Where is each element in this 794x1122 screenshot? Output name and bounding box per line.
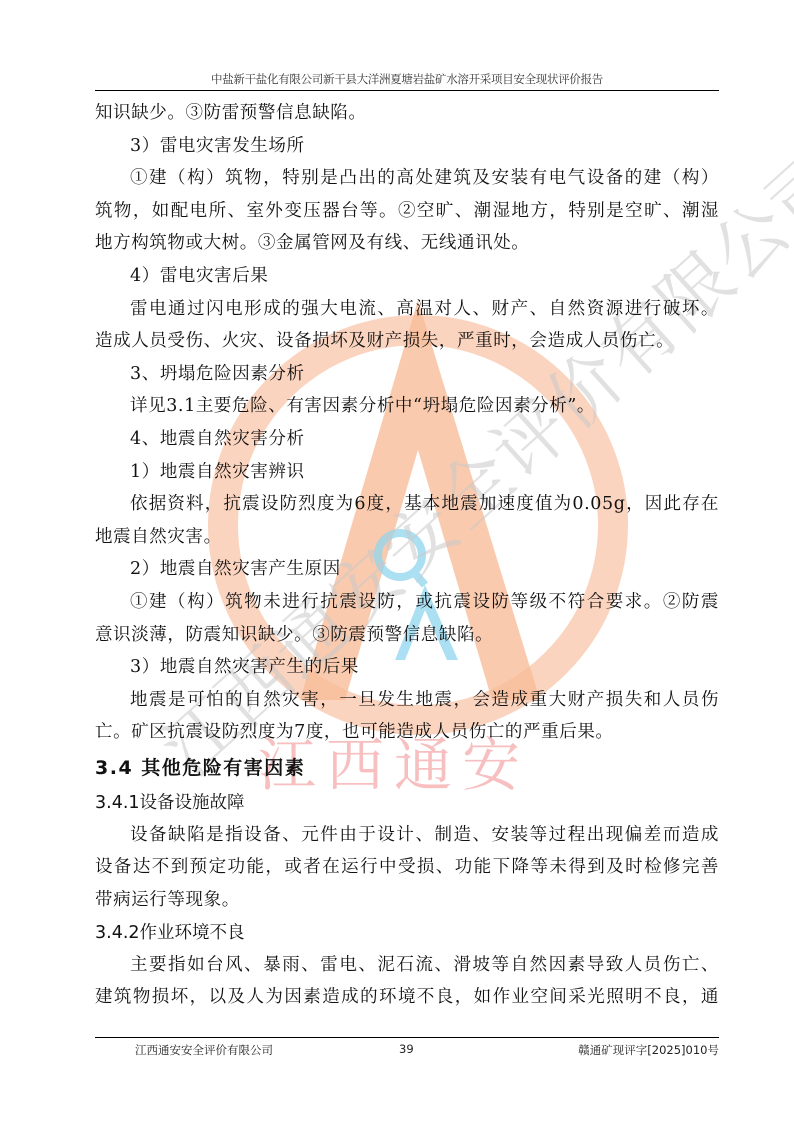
section-heading-3-4: 3.4 其他危险有害因素 — [95, 749, 719, 787]
list-heading: 4、地震自然灾害分析 — [95, 423, 719, 456]
list-heading: 4）雷电灾害后果 — [95, 260, 719, 293]
paragraph-line: 雷电通过闪电形成的强大电流、高温对人、财产、自然资源进行破坏。 — [95, 293, 719, 326]
footer-company: 江西通安安全评价有限公司 — [135, 1042, 273, 1058]
paragraph-line: 设备达不到预定功能，或者在运行中受损、功能下降等未得到及时检修完善 — [95, 851, 719, 884]
paragraph-line: 建筑物损坏，以及人为因素造成的环境不良，如作业空间采光照明不良，通 — [95, 981, 719, 1014]
paragraph-line: 依据资料，抗震设防烈度为6度，基本地震加速度值为0.05g，因此存在 — [95, 488, 719, 521]
paragraph-line: 地震是可怕的自然灾害，一旦发生地震，会造成重大财产损失和人员伤 — [95, 684, 719, 717]
paragraph-line: ①建（构）筑物，特别是凸出的高处建筑及安装有电气设备的建（构） — [95, 162, 719, 195]
paragraph-line: 亡。矿区抗震设防烈度为7度，也可能造成人员伤亡的严重后果。 — [95, 716, 719, 749]
paragraph-line: 主要指如台风、暴雨、雷电、泥石流、滑坡等自然因素导致人员伤亡、 — [95, 949, 719, 982]
header-title: 中盐新干盐化有限公司新干县大洋洲夏塘岩盐矿水溶开采项目安全现状评价报告 — [211, 72, 603, 86]
paragraph-line: 筑物，如配电所、室外变压器台等。②空旷、潮湿地方，特别是空旷、潮湿 — [95, 195, 719, 228]
list-heading: 1）地震自然灾害辨识 — [95, 456, 719, 489]
list-heading: 3、坍塌危险因素分析 — [95, 358, 719, 391]
page-number: 39 — [399, 1042, 414, 1056]
paragraph-line: 详见3.1主要危险、有害因素分析中“坍塌危险因素分析”。 — [95, 390, 719, 423]
paragraph-line: 知识缺少。③防雷预警信息缺陷。 — [95, 97, 719, 130]
paragraph-line: 设备缺陷是指设备、元件由于设计、制造、安装等过程出现偏差而造成 — [95, 819, 719, 852]
subsection-heading-3-4-2: 3.4.2作业环境不良 — [95, 917, 719, 949]
paragraph-line: 造成人员受伤、火灾、设备损坏及财产损失，严重时，会造成人员伤亡。 — [95, 325, 719, 358]
page-footer: 江西通安安全评价有限公司 39 赣通矿现评字[2025]010号 — [95, 1037, 719, 1060]
document-body: 知识缺少。③防雷预警信息缺陷。 3）雷电灾害发生场所 ①建（构）筑物，特别是凸出… — [95, 97, 719, 1014]
document-number: 赣通矿现评字[2025]010号 — [578, 1042, 719, 1058]
paragraph-line: ①建（构）筑物未进行抗震设防，或抗震设防等级不符合要求。②防震 — [95, 586, 719, 619]
paragraph-line: 带病运行等现象。 — [95, 884, 719, 917]
list-heading: 2）地震自然灾害产生原因 — [95, 553, 719, 586]
list-heading: 3）雷电灾害发生场所 — [95, 130, 719, 163]
page-header: 中盐新干盐化有限公司新干县大洋洲夏塘岩盐矿水溶开采项目安全现状评价报告 — [95, 70, 719, 91]
paragraph-line: 地震自然灾害。 — [95, 521, 719, 554]
subsection-heading-3-4-1: 3.4.1设备设施故障 — [95, 787, 719, 819]
list-heading: 3）地震自然灾害产生的后果 — [95, 651, 719, 684]
paragraph-line: 意识淡薄，防震知识缺少。③防震预警信息缺陷。 — [95, 619, 719, 652]
paragraph-line: 地方构筑物或大树。③金属管网及有线、无线通讯处。 — [95, 227, 719, 260]
